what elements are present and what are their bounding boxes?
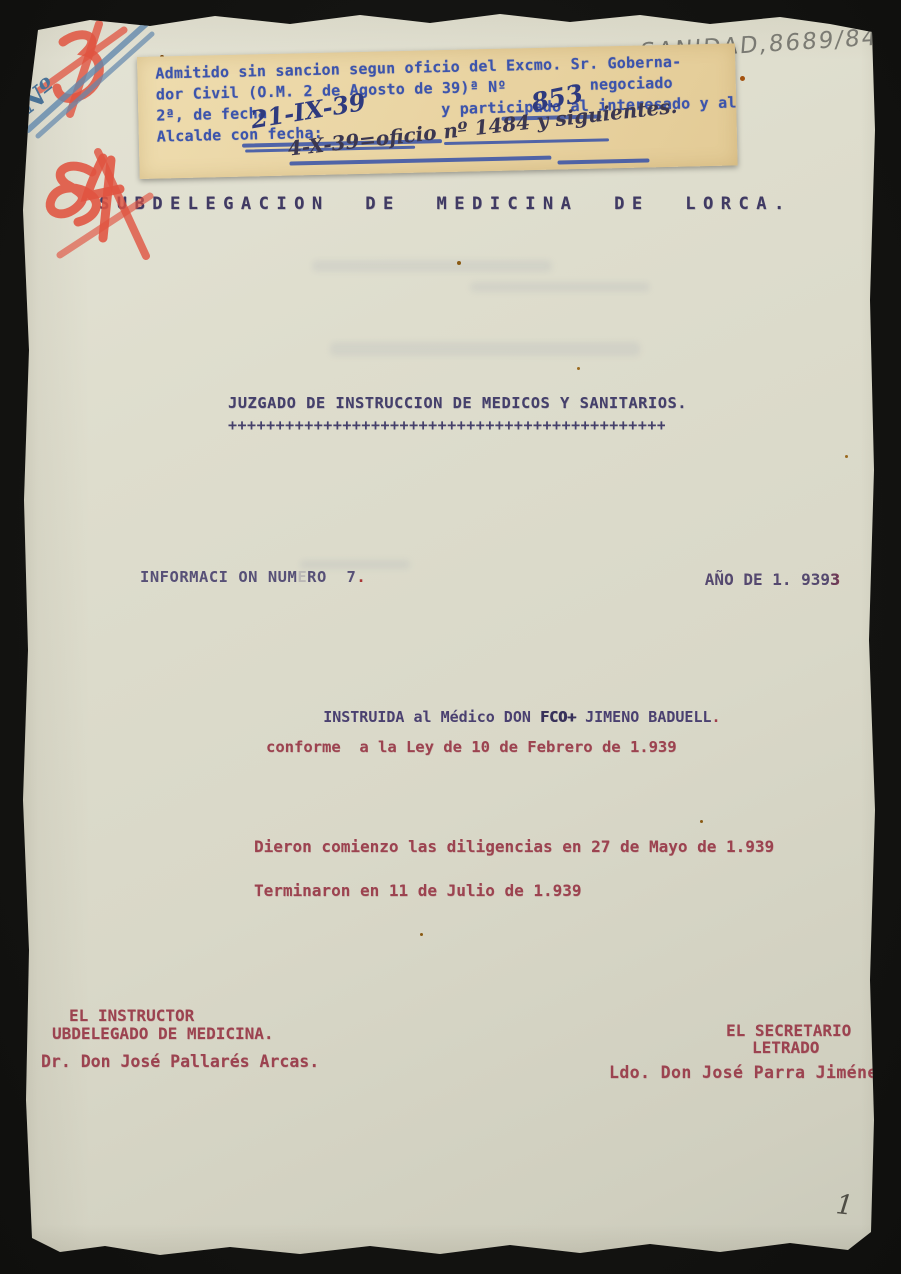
commencement-line: Dieron comienzo las diligencias en 27 de… [254, 837, 774, 856]
paper-speck [457, 261, 461, 265]
year-text: AÑO DE 1. 939 [705, 570, 830, 589]
doctor-name-abbrev: FCO+ [540, 708, 576, 726]
instructor-role-line: EL INSTRUCTOR [69, 1006, 194, 1025]
instruida-pre: INSTRUIDA al Médico DON [323, 708, 540, 726]
paper-speck [700, 820, 703, 823]
informacion-number: INFORMACI ON NUMERO 7. [81, 550, 366, 604]
juzgado-plus-rule: ++++++++++++++++++++++++++++++++++++++++… [228, 416, 665, 432]
bleed-through-smudge [330, 342, 640, 356]
secretario-name: Ldo. Don José Parra Jiméne [609, 1063, 878, 1082]
doctor-surname: JIMENO BADUELL [576, 708, 711, 726]
instructor-subrole-line: UBDELEGADO DE MEDICINA. [52, 1024, 274, 1043]
instructor-name: Dr. Don José Pallarés Arcas. [41, 1052, 319, 1071]
blank-underline [557, 158, 649, 164]
paper-speck [740, 76, 745, 81]
instruida-period: . [712, 708, 721, 726]
paper-speck [577, 367, 580, 370]
year-line: AÑO DE 1. 9393 [647, 551, 840, 608]
juzgado-title: JUZGADO DE INSTRUCCION DE MEDICOS Y SANI… [228, 394, 687, 412]
secretario-subrole-line: LETRADO [752, 1038, 819, 1057]
informacion-faded-letter: E [297, 568, 307, 586]
year-overstrike-digit: 3 [830, 570, 840, 589]
paper-speck [420, 933, 423, 936]
informacion-period: . [356, 568, 366, 586]
scanned-photo: SANIDAD,8689/84 Admitido sin sancion seg… [0, 0, 901, 1274]
page-number-handwriting: 1 [834, 1189, 854, 1222]
conforme-line: conforme a la Ley de 10 de Febrero de 1.… [266, 738, 677, 756]
instruida-line: INSTRUIDA al Médico DON FCO+ JIMENO BADU… [269, 690, 721, 744]
informacion-text: INFORMACI ON NUM [140, 568, 297, 586]
document-page: SANIDAD,8689/84 Admitido sin sancion seg… [0, 0, 901, 1274]
paper-speck [0, 140, 4, 144]
crayon-marks: Nº [0, 0, 420, 320]
note-line-2-end: negociado [590, 74, 673, 94]
bleed-through-smudge [470, 282, 650, 292]
paper-speck [845, 455, 848, 458]
informacion-text: RO 7 [307, 568, 356, 586]
completion-line: Terminaron en 11 de Julio de 1.939 [254, 881, 582, 900]
